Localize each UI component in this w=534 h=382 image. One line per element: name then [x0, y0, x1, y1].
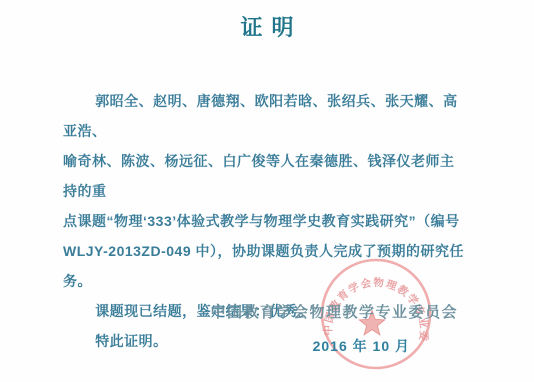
- body-line: 喻奇林、陈波、杨远征、白广俊等人在秦德胜、钱泽仪老师主持的重: [63, 146, 466, 206]
- certificate-page: 证明 郭昭全、赵明、唐德翔、欧阳若晗、张绍兵、张天耀、高亚浩、 喻奇林、陈波、杨…: [0, 0, 534, 382]
- signature-line: 中国教育学会物理教学专业委员会: [210, 301, 458, 322]
- date-line: 2016 年 10 月: [313, 336, 410, 356]
- body-line: WLJY-2013ZD-049 中），协助课题负责人完成了预期的研究任务。: [63, 236, 466, 296]
- body-line: 郭昭全、赵明、唐德翔、欧阳若晗、张绍兵、张天耀、高亚浩、: [63, 86, 466, 146]
- page-title: 证明: [0, 0, 534, 42]
- body-line: 点课题“物理‘333’体验式教学与物理学史教育实践研究”（编号: [63, 206, 466, 236]
